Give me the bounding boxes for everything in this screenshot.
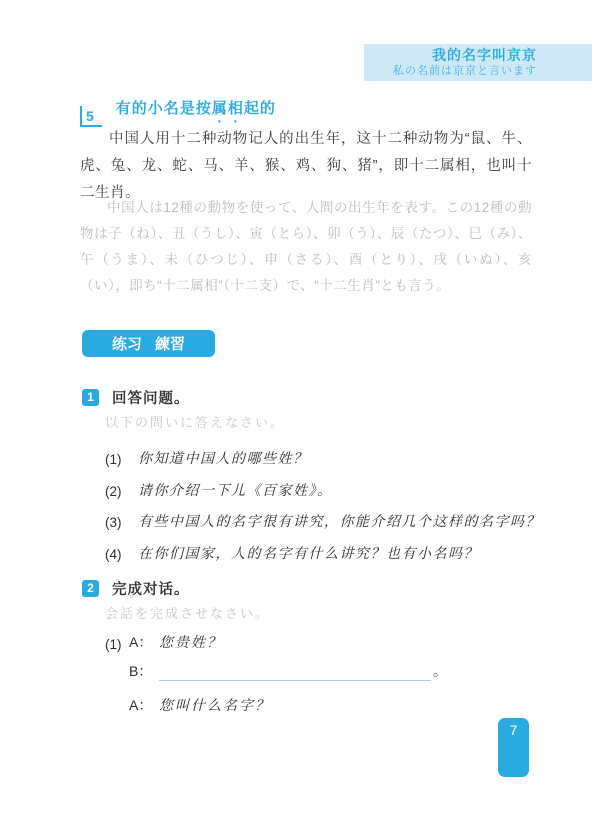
dialogue-line-b: B： 。 — [129, 661, 447, 681]
question-text: 有些中国人的名字很有讲究，你能介绍几个这样的名字吗？ — [138, 507, 541, 539]
lesson-header: 我的名字叫京京 私の名前は京京と言います — [364, 44, 592, 81]
page-number-tab: 7 — [498, 718, 529, 777]
dialogue-speaker: A： — [129, 695, 159, 715]
question-number: (4) — [105, 539, 129, 571]
body-paragraph-ja: 中国人は12種の動物を使って、人間の出生年を表す。この12種の動物は子（ね）、丑… — [80, 195, 532, 299]
question-text: 在你们国家，人的名字有什么讲究？也有小名吗？ — [138, 539, 479, 571]
question-row: (2) 请你介绍一下儿《百家姓》。 — [105, 476, 545, 508]
dialogue-speaker: A： — [129, 632, 159, 652]
question-row: (3) 有些中国人的名字很有讲究，你能介绍几个这样的名字吗？ — [105, 507, 545, 539]
exercise-1-question-list: (1) 你知道中国人的哪些姓？ (2) 请你介绍一下儿《百家姓》。 (3) 有些… — [105, 444, 545, 570]
exercise-2-number-badge: 2 — [82, 580, 99, 597]
exercise-1-heading: 1 回答问题。 — [82, 387, 190, 408]
dialogue-speaker: B： — [129, 661, 159, 681]
lesson-title-ja: 私の名前は京京と言います — [364, 64, 537, 78]
practice-banner: 练习 練習 — [82, 330, 215, 357]
exercise-1-instruction-ja: 以下の問いに答えなさい。 — [105, 412, 285, 431]
section-title-emphasis: 属相 — [212, 100, 244, 117]
section-title: 有的小名是按属相起的 — [116, 97, 276, 127]
question-text: 你知道中国人的哪些姓？ — [138, 444, 309, 476]
question-number: (3) — [105, 507, 129, 539]
textbook-page: 我的名字叫京京 私の名前は京京と言います 5 有的小名是按属相起的 中国人用十二… — [0, 0, 600, 813]
dialogue-text: 您叫什么名字？ — [159, 695, 271, 715]
dialogue-line-a1: (1) A： 您贵姓？ — [105, 632, 223, 652]
section-title-suffix: 起的 — [244, 100, 276, 117]
question-number: (1) — [105, 444, 129, 476]
exercise-2-heading: 2 完成对话。 — [82, 578, 190, 599]
practice-label-ja: 練習 — [155, 333, 185, 354]
blank-end-punctuation: 。 — [433, 661, 447, 681]
exercise-2-title: 完成对话。 — [112, 578, 190, 599]
page-number: 7 — [510, 722, 518, 738]
dialogue-item-number: (1) — [105, 637, 129, 652]
answer-blank-line[interactable] — [159, 665, 431, 681]
section-title-prefix: 有的小名是按 — [116, 100, 212, 117]
section-heading: 5 有的小名是按属相起的 — [80, 97, 276, 127]
question-number: (2) — [105, 476, 129, 508]
section-number: 5 — [80, 106, 102, 127]
practice-label-zh: 练习 — [112, 333, 142, 354]
dialogue-line-a2: A： 您叫什么名字？ — [129, 695, 271, 715]
lesson-title-zh: 我的名字叫京京 — [364, 47, 537, 64]
question-row: (1) 你知道中国人的哪些姓？ — [105, 444, 545, 476]
question-row: (4) 在你们国家，人的名字有什么讲究？也有小名吗？ — [105, 539, 545, 571]
exercise-1-title: 回答问题。 — [112, 387, 190, 408]
question-text: 请你介绍一下儿《百家姓》。 — [138, 476, 333, 508]
dialogue-text: 您贵姓？ — [159, 632, 223, 652]
exercise-1-number-badge: 1 — [82, 389, 99, 406]
exercise-2-instruction-ja: 会話を完成させなさい。 — [105, 603, 270, 622]
